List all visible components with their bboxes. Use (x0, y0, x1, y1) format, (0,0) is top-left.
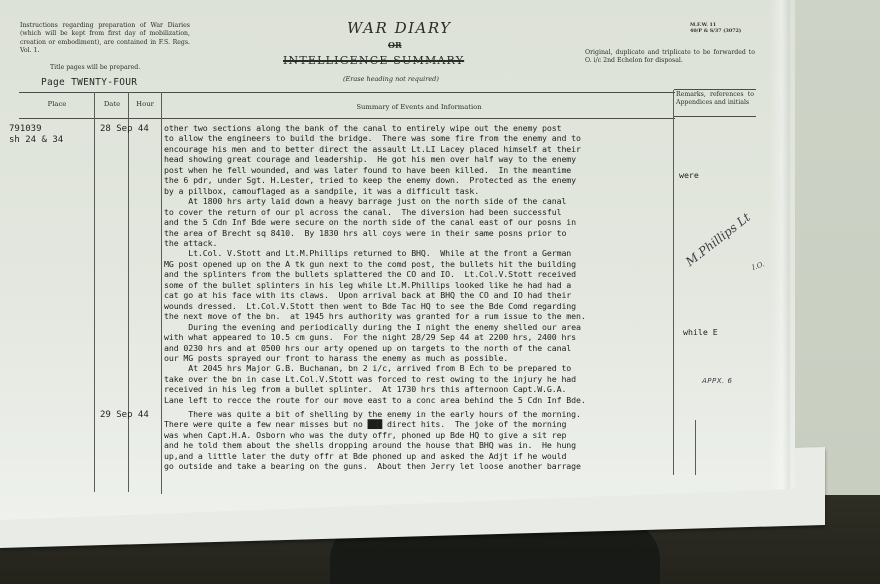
column-header-date: Date (96, 100, 128, 108)
column-header-place: Place (22, 100, 92, 108)
war-diary-page: Instructions regarding preparation of Wa… (0, 0, 795, 520)
erase-note: (Erase heading not required) (343, 75, 439, 83)
remarks-top-rule (674, 89, 756, 90)
struck-title: INTELLIGENCE SUMMARY (283, 54, 464, 67)
appendix-reference: APPX. 6 (702, 377, 732, 385)
sheet-reference: sh 24 & 34 (9, 135, 63, 146)
entry-date-2: 29 Sep 44 (100, 410, 149, 420)
signature-title: I.O. (751, 260, 766, 272)
title-pages-note: Title pages will be prepared. (50, 64, 140, 71)
document-title: WAR DIARY (347, 19, 452, 37)
column-header-summary: Summary of Events and Information (165, 103, 673, 111)
header-bottom-rule (19, 118, 675, 119)
or-label: OR (388, 40, 402, 50)
table-top-rule (19, 92, 675, 93)
remarks-header-rule (674, 116, 756, 117)
margin-word: while E (683, 327, 718, 337)
form-code-line-2: 40/P & S/37 (3072) (690, 29, 741, 35)
column-header-remarks: Remarks, references to Appendices and in… (676, 91, 754, 107)
column-divider-place (94, 92, 95, 492)
instructions-note: Instructions regarding preparation of Wa… (20, 22, 190, 55)
diary-entry-28-sep: other two sections along the bank of the… (164, 123, 704, 405)
disposal-note: Original, duplicate and triplicate to be… (585, 49, 755, 65)
column-divider-date (128, 92, 129, 492)
form-code: M.F.W. 11 40/P & S/37 (3072) (690, 23, 741, 34)
paper-edge (770, 0, 790, 495)
place-reference: 791039 sh 24 & 34 (9, 124, 63, 145)
background-wall (780, 0, 880, 495)
entry-date-1: 28 Sep 44 (100, 124, 149, 134)
diary-entry-29-sep: There was quite a bit of shelling by the… (164, 409, 704, 472)
column-header-hour: Hour (129, 100, 161, 108)
margin-word: were (679, 170, 699, 180)
map-reference: 791039 (9, 124, 63, 135)
column-divider-hour (161, 92, 162, 494)
page-number: Page TWENTY-FOUR (41, 77, 137, 88)
